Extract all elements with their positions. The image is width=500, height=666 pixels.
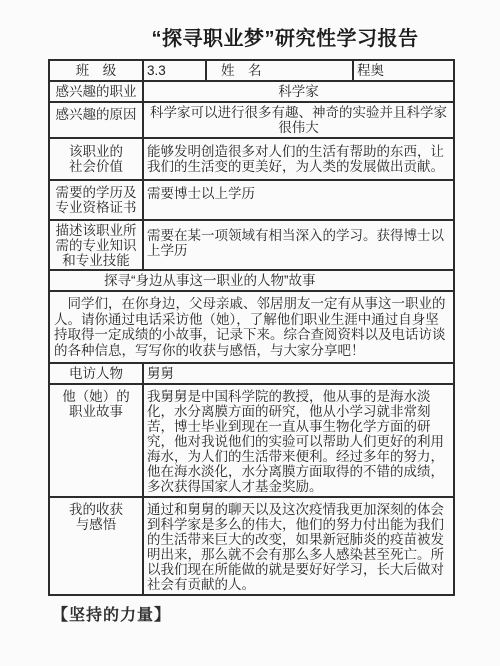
reason-row: 感兴趣的原因 科学家可以进行很多有趣、神奇的实验并且科学家 很伟大 <box>49 102 454 138</box>
class-label-cell: 班 级 <box>49 60 143 81</box>
knowledge-row: 描述该职业所 需的专业知识 和专业技能 需要在某一项领域有相当深入的学习。获得博… <box>49 220 454 270</box>
report-table: 班 级 3.3 姓 名 程奥 感兴趣的职业 科学家 感兴趣的原因 科学家可以进行… <box>48 59 455 596</box>
story-row: 他（她）的 职业故事 我舅舅是中国科学院的教授，他从事的是海水淡化，水分离膜方面… <box>49 384 454 497</box>
harvest-value-cell: 通过和舅舅的聊天以及这次疫情我更加深刻的体会到科学家是多么的伟大，他们的努力付出… <box>143 497 454 595</box>
story-value-cell: 我舅舅是中国科学院的教授，他从事的是海水淡化，水分离膜方面的研究，他从小学习就非… <box>143 384 454 497</box>
intro-paragraph: 同学们，在你身边，父母亲戚、邻居朋友一定有从事这一职业的人。请你通过电话采访他（… <box>49 291 454 363</box>
knowledge-value-cell: 需要在某一项领域有相当深入的学习。获得博士以上学历 <box>143 220 454 270</box>
footer-heading: 【坚持的力量】 <box>52 602 500 625</box>
education-label-cell: 需要的学历及 专业资格证书 <box>49 180 143 220</box>
page-title: “探寻职业梦”研究性学习报告 <box>0 27 500 51</box>
interviewee-label-cell: 电访人物 <box>49 363 143 384</box>
education-value-cell: 需要博士以上学历 <box>143 180 454 220</box>
interviewee-value-cell: 舅舅 <box>143 363 454 384</box>
interviewee-row: 电访人物 舅舅 <box>49 363 454 384</box>
social-value-row: 该职业的 社会价值 能够发明创造很多对人们的生活有帮助的东西，让我们的生活变的更… <box>49 138 454 180</box>
report-page: “探寻职业梦”研究性学习报告 班 级 3.3 姓 名 程奥 感兴趣的职业 科学家… <box>0 0 500 625</box>
section-heading-row: 探寻“身边从事这一职业的人物”故事 <box>49 270 454 291</box>
social-value-value-cell: 能够发明创造很多对人们的生活有帮助的东西，让我们的生活变的更美好，为人类的发展做… <box>143 138 454 180</box>
class-value-cell: 3.3 <box>143 60 206 81</box>
interest-label-cell: 感兴趣的职业 <box>49 81 143 102</box>
education-row: 需要的学历及 专业资格证书 需要博士以上学历 <box>49 180 454 220</box>
interest-value-cell: 科学家 <box>143 81 454 102</box>
reason-value-cell: 科学家可以进行很多有趣、神奇的实验并且科学家 很伟大 <box>143 102 454 138</box>
intro-row: 同学们，在你身边，父母亲戚、邻居朋友一定有从事这一职业的人。请你通过电话采访他（… <box>49 291 454 363</box>
harvest-row: 我的收获 与感悟 通过和舅舅的聊天以及这次疫情我更加深刻的体会到科学家是多么的伟… <box>49 497 454 595</box>
harvest-label-cell: 我的收获 与感悟 <box>49 497 143 595</box>
story-label-cell: 他（她）的 职业故事 <box>49 384 143 497</box>
name-value-cell: 程奥 <box>353 60 454 81</box>
section-heading-cell: 探寻“身边从事这一职业的人物”故事 <box>49 270 454 291</box>
knowledge-label-cell: 描述该职业所 需的专业知识 和专业技能 <box>49 220 143 270</box>
header-row: 班 级 3.3 姓 名 程奥 <box>49 60 454 81</box>
reason-label-cell: 感兴趣的原因 <box>49 102 143 138</box>
interest-row: 感兴趣的职业 科学家 <box>49 81 454 102</box>
name-label-cell: 姓 名 <box>206 60 353 81</box>
social-value-label-cell: 该职业的 社会价值 <box>49 138 143 180</box>
